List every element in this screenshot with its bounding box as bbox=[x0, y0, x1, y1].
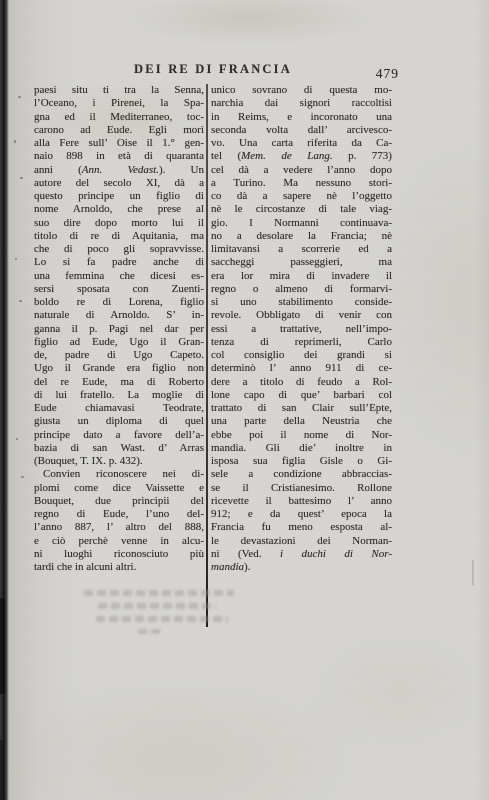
text-line: suo dire dopo morto lui il bbox=[34, 217, 204, 230]
text-line: naturale di Arnoldo. S’ in- bbox=[34, 309, 204, 322]
text-line: si uno stabilimento conside- bbox=[211, 296, 392, 309]
page-header: DEI RE DI FRANCIA bbox=[34, 62, 392, 80]
text-line: unico sovrano di questa mo- bbox=[211, 84, 392, 97]
scan-speck bbox=[15, 258, 17, 260]
text-line: in Reims, e incoronato una bbox=[211, 111, 392, 124]
text-line: Francia fu meno esposta al- bbox=[211, 521, 392, 534]
scan-speck bbox=[19, 300, 22, 302]
text-line: saccheggi passeggieri, ma bbox=[211, 256, 392, 269]
text-line: a Turino. Ma nessuno stori- bbox=[211, 177, 392, 190]
text-line: gio. I Normanni continuava- bbox=[211, 217, 392, 230]
text-line: paesi situ ti tra la Senna, bbox=[34, 84, 204, 97]
text-line: isposa sua figlia Gisle o Gi- bbox=[211, 455, 392, 468]
text-line: sele a condizione abbraccias- bbox=[211, 468, 392, 481]
text-line: carono ad Eude. Egli morì bbox=[34, 124, 204, 137]
text-line: l’Oceano, i Pirenei, la Spa- bbox=[34, 97, 204, 110]
text-line: gna ed il Mediterraneo, toc- bbox=[34, 111, 204, 124]
column-divider-rule bbox=[206, 84, 208, 627]
text-line: Convien riconoscere nei di- bbox=[34, 468, 204, 481]
text-line: narchia dai signori raccoltisi bbox=[211, 97, 392, 110]
text-line: mandia). bbox=[211, 561, 392, 574]
text-line: del re Eude, ma di Roberto bbox=[34, 376, 204, 389]
text-line: regno o almeno di formarvi- bbox=[211, 283, 392, 296]
text-line: ricevette il battesimo l’ anno bbox=[211, 495, 392, 508]
scan-streak bbox=[472, 560, 474, 586]
text-line: mandia. Gli die’ inoltre in bbox=[211, 442, 392, 455]
scan-speck bbox=[20, 177, 23, 179]
text-line: naio 898 in età di quaranta bbox=[34, 150, 204, 163]
text-line: le devastazioni dei Norman- bbox=[211, 535, 392, 548]
scan-speck bbox=[14, 140, 16, 143]
text-line: nè le circostanze di tale viag- bbox=[211, 203, 392, 216]
text-line: seconda volta dall’ arcivesco- bbox=[211, 124, 392, 137]
text-line: autore del secolo XI, dà a bbox=[34, 177, 204, 190]
text-line: Ugo il Grande era figlio non bbox=[34, 362, 204, 375]
verso-bleed-through bbox=[62, 585, 234, 634]
text-line: essi a trattative, nell’impo- bbox=[211, 323, 392, 336]
text-line: 912; e da quest’ epoca la bbox=[211, 508, 392, 521]
text-line: boldo re di Lorena, figlio bbox=[34, 296, 204, 309]
text-line: era lor mira di invadere il bbox=[211, 270, 392, 283]
left-column: paesi situ ti tra la Senna,l’Oceano, i P… bbox=[34, 84, 204, 627]
text-line: ganna il p. Pagi nel dar per bbox=[34, 323, 204, 336]
text-line: tel (Mem. de Lang. p. 773) bbox=[211, 150, 392, 163]
text-line: principe dato a favore dell’a- bbox=[34, 429, 204, 442]
text-line: alla Fere sull’ Oise il 1.° gen- bbox=[34, 137, 204, 150]
text-line: ni (Ved. i duchi di Nor- bbox=[211, 548, 392, 561]
text-line: ni luoghi riconosciuto più bbox=[34, 548, 204, 561]
text-line: anni (Ann. Vedast.). Un bbox=[34, 164, 204, 177]
scan-speck bbox=[21, 476, 24, 478]
text-line: tenza di reprimerli, Carlo bbox=[211, 336, 392, 349]
running-title: DEI RE DI FRANCIA bbox=[34, 62, 392, 77]
text-line: tardi che in alcuni altri. bbox=[34, 561, 204, 574]
text-line: giusta un diploma di quel bbox=[34, 415, 204, 428]
right-column: unico sovrano di questa mo-narchia dai s… bbox=[211, 84, 392, 627]
scan-speck bbox=[16, 438, 18, 440]
text-line: de, padre di Ugo Capeto. bbox=[34, 349, 204, 362]
scanned-book-page: DEI RE DI FRANCIA 479 paesi situ ti tra … bbox=[0, 0, 489, 800]
text-line: revole. Obbligato di venir con bbox=[211, 309, 392, 322]
text-line: ebbe poi il nome di Nor- bbox=[211, 429, 392, 442]
text-line: una femmina che dicesi es- bbox=[34, 270, 204, 283]
gutter-ink-blot bbox=[0, 740, 4, 800]
text-line: una parte della Neustria che bbox=[211, 415, 392, 428]
page-number: 479 bbox=[376, 66, 399, 82]
text-line: col consiglio dei grandi si bbox=[211, 349, 392, 362]
text-line: (Bouquet, T. IX. p. 432). bbox=[34, 455, 204, 468]
text-line: lone capo di que’ barbari col bbox=[211, 389, 392, 402]
text-line: nome Arnoldo, che prese al bbox=[34, 203, 204, 216]
text-line: limitavansi a scorrerie ed a bbox=[211, 243, 392, 256]
scan-speck bbox=[18, 96, 21, 98]
text-line: vo. Una carta riferita da Ca- bbox=[211, 137, 392, 150]
text-line: determinò l’ anno 911 di ce- bbox=[211, 362, 392, 375]
text-line: questo principe un figlio di bbox=[34, 190, 204, 203]
text-line: cel dà a vedere l’anno dopo bbox=[211, 164, 392, 177]
text-line: di lui fratello. La moglie di bbox=[34, 389, 204, 402]
text-line: e ciò perchè venne in alcu- bbox=[34, 535, 204, 548]
text-line: trattato di san Clair sull’Epte, bbox=[211, 402, 392, 415]
text-line: Bouquet, due principii del bbox=[34, 495, 204, 508]
text-line: bazia di san Wast. d’ Arras bbox=[34, 442, 204, 455]
text-line: plomi come dice Vaissette e bbox=[34, 482, 204, 495]
text-line: sersi sposata con Zuenti- bbox=[34, 283, 204, 296]
text-line: figlio ad Eude, Ugo il Gran- bbox=[34, 336, 204, 349]
text-line: no a desolare la Francia; nè bbox=[211, 230, 392, 243]
text-line: regno di Eude, l’uno del- bbox=[34, 508, 204, 521]
text-line: se il Cristianesimo. Rollone bbox=[211, 482, 392, 495]
text-line: titolo di re di Aquitania, ma bbox=[34, 230, 204, 243]
text-line: dere a titolo di feudo a Rol- bbox=[211, 376, 392, 389]
text-line: l’anno 887, l’ altro del 888, bbox=[34, 521, 204, 534]
text-line: Eude chiamavasi Teodrate, bbox=[34, 402, 204, 415]
gutter-ink-blot bbox=[0, 598, 5, 694]
text-block: paesi situ ti tra la Senna,l’Oceano, i P… bbox=[34, 84, 392, 627]
text-line: co dà a sapere nè l’oggetto bbox=[211, 190, 392, 203]
text-line: Lo si fa padre anche di bbox=[34, 256, 204, 269]
text-line: che di poco gli sopravvisse. bbox=[34, 243, 204, 256]
